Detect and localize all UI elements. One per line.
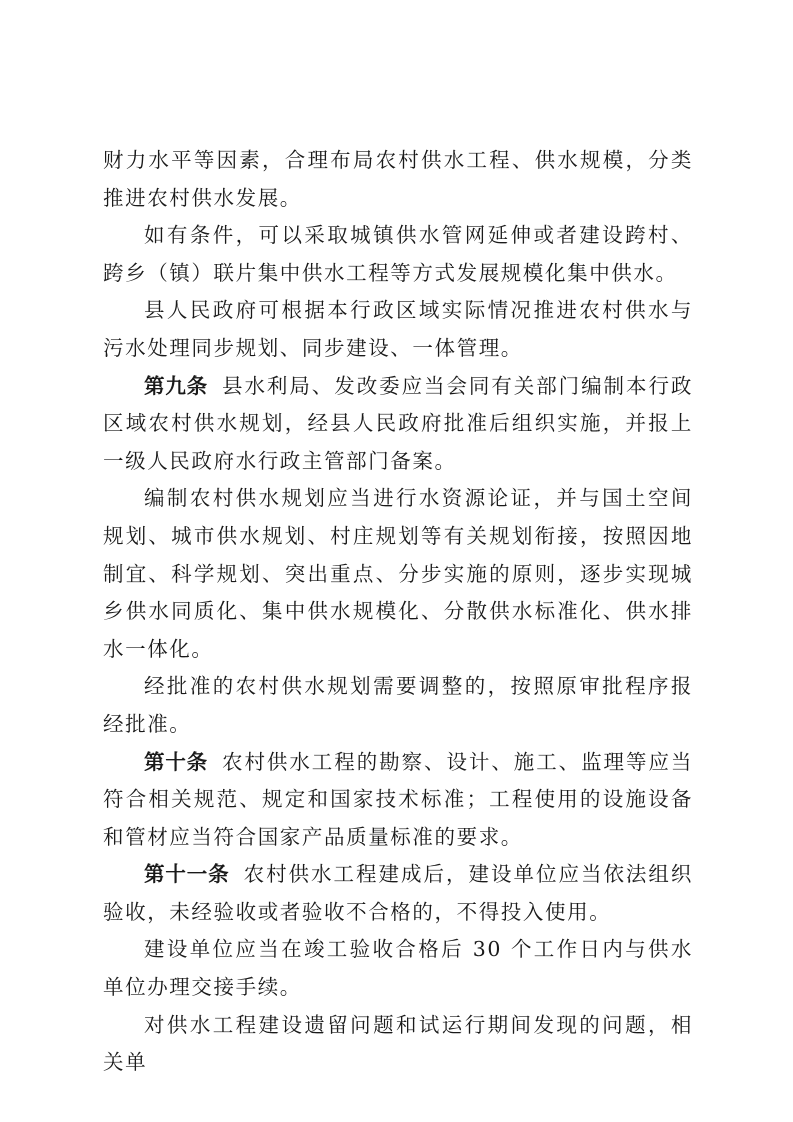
- article-number: 第十条: [144, 750, 208, 774]
- article-11: 第十一条农村供水工程建成后，建设单位应当依法组织验收，未经验收或者验收不合格的，…: [103, 856, 693, 931]
- paragraph-text: 对供水工程建设遗留问题和试运行期间发现的问题，相关单: [103, 1013, 693, 1075]
- article-number: 第九条: [144, 374, 208, 398]
- article-9: 第九条县水利局、发改委应当会同有关部门编制本行政区域农村供水规划，经县人民政府批…: [103, 368, 693, 481]
- paragraph: 如有条件，可以采取城镇供水管网延伸或者建设跨村、跨乡（镇）联片集中供水工程等方式…: [103, 217, 693, 292]
- paragraph-text: 财力水平等因素，合理布局农村供水工程、供水规模，分类推进农村供水发展。: [103, 148, 693, 210]
- paragraph-truncated: 对供水工程建设遗留问题和试运行期间发现的问题，相关单: [103, 1007, 693, 1082]
- document-page: 财力水平等因素，合理布局农村供水工程、供水规模，分类推进农村供水发展。 如有条件…: [103, 142, 693, 1082]
- paragraph-text: 如有条件，可以采取城镇供水管网延伸或者建设跨村、跨乡（镇）联片集中供水工程等方式…: [103, 223, 693, 285]
- paragraph-text: 建设单位应当在竣工验收合格后 30 个工作日内与供水单位办理交接手续。: [103, 937, 693, 999]
- article-number: 第十一条: [144, 862, 230, 886]
- paragraph-text: 经批准的农村供水规划需要调整的，按照原审批程序报经批准。: [103, 674, 693, 736]
- paragraph-text: 县人民政府可根据本行政区域实际情况推进农村供水与污水处理同步规划、同步建设、一体…: [103, 298, 693, 360]
- paragraph-continuation: 财力水平等因素，合理布局农村供水工程、供水规模，分类推进农村供水发展。: [103, 142, 693, 217]
- paragraph: 建设单位应当在竣工验收合格后 30 个工作日内与供水单位办理交接手续。: [103, 931, 693, 1006]
- paragraph: 县人民政府可根据本行政区域实际情况推进农村供水与污水处理同步规划、同步建设、一体…: [103, 292, 693, 367]
- paragraph: 编制农村供水规划应当进行水资源论证，并与国土空间规划、城市供水规划、村庄规划等有…: [103, 480, 693, 668]
- paragraph-text: 编制农村供水规划应当进行水资源论证，并与国土空间规划、城市供水规划、村庄规划等有…: [103, 486, 693, 660]
- article-10: 第十条农村供水工程的勘察、设计、施工、监理等应当符合相关规范、规定和国家技术标准…: [103, 744, 693, 857]
- paragraph: 经批准的农村供水规划需要调整的，按照原审批程序报经批准。: [103, 668, 693, 743]
